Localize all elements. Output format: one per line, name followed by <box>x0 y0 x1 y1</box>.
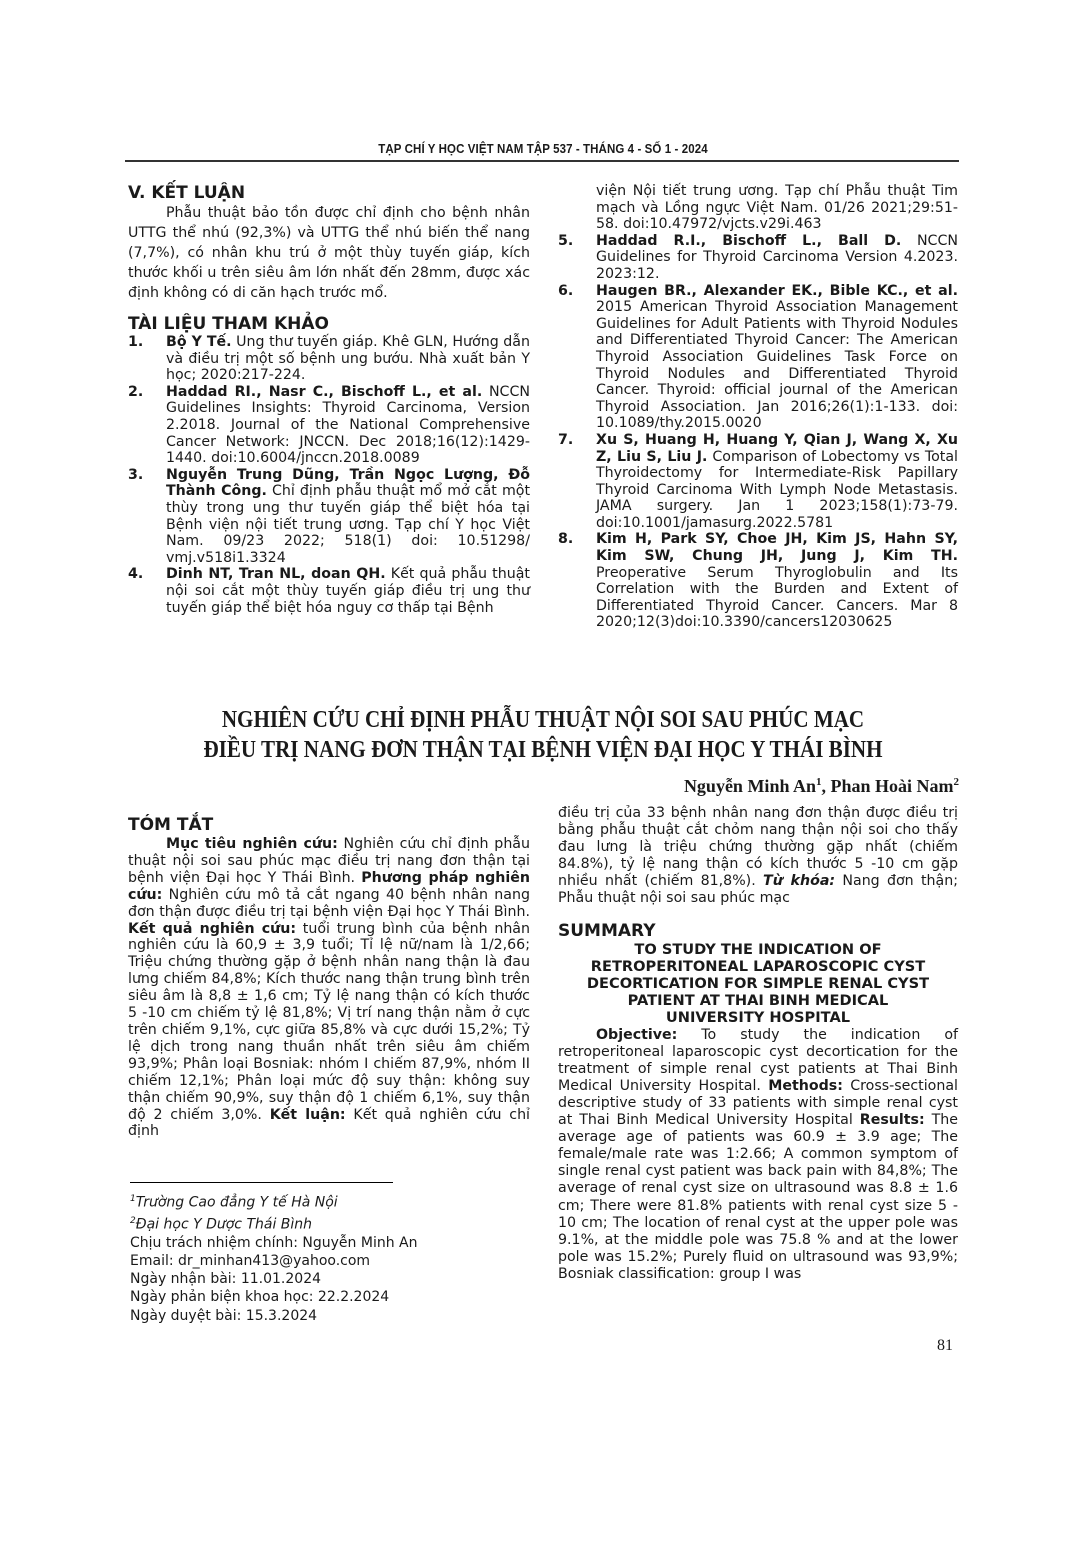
date-accepted: Ngày duyệt bài: 15.3.2024 <box>130 1307 418 1325</box>
header-rule <box>125 160 959 162</box>
reference-number: 2. <box>128 384 143 401</box>
results-text: The average age of patients was 60.9 ± 3… <box>558 1112 958 1282</box>
keywords-label: Từ khóa: <box>763 873 835 889</box>
reference-item: 8.Kim H, Park SY, Choe JH, Kim JS, Hahn … <box>558 531 958 631</box>
abstract-vi-column: TÓM TẮT Mục tiêu nghiên cứu: Nghiên cứu … <box>128 815 530 1140</box>
reference-authors: Haddad RI., Nasr C., Bischoff L., et al. <box>166 384 482 400</box>
references-heading: TÀI LIỆU THAM KHẢO <box>128 314 530 334</box>
reference-number: 1. <box>128 334 143 351</box>
reference-text: Preoperative Serum Thyroglobulin and Its… <box>596 565 958 631</box>
footnote-divider <box>130 1182 393 1183</box>
article-title-line-1: NGHIÊN CỨU CHỈ ĐỊNH PHẪU THUẬT NỘI SOI S… <box>185 705 901 735</box>
article-title-line-2: ĐIỀU TRỊ NANG ĐƠN THẬN TẠI BỆNH VIỆN ĐẠI… <box>185 735 901 765</box>
reference-authors: Bộ Y Tế. <box>166 334 232 350</box>
conclusion-label: Kết luận: <box>270 1107 346 1123</box>
reference-item: 7.Xu S, Huang H, Huang Y, Qian J, Wang X… <box>558 432 958 532</box>
summary-title-line: DECORTICATION FOR SIMPLE RENAL CYST <box>558 975 958 992</box>
reference-item: 4.Dinh NT, Tran NL, doan QH. Kết quả phẫ… <box>128 566 530 616</box>
methods-text: Nghiên cứu mô tả cắt ngang 40 bệnh nhân … <box>128 887 530 920</box>
page-number: 81 <box>937 1337 953 1355</box>
abstract-en-column: điều trị của 33 bệnh nhân nang đơn thận … <box>558 805 958 1283</box>
references-list-left: 1.Bộ Y Tế. Ung thư tuyến giáp. Khê GLN, … <box>128 334 530 616</box>
objective-label: Objective: <box>596 1027 677 1043</box>
author-affiliation-mark: 2 <box>954 776 960 788</box>
summary-title-line: TO STUDY THE INDICATION OF <box>558 941 958 958</box>
summary-title: TO STUDY THE INDICATION OF RETROPERITONE… <box>558 941 958 1027</box>
reference-authors: Haddad R.I., Bischoff L., Ball D. <box>596 233 901 249</box>
top-left-column: V. KẾT LUẬN Phẫu thuật bảo tồn được chỉ … <box>128 183 530 616</box>
reference-item: 2.Haddad RI., Nasr C., Bischoff L., et a… <box>128 384 530 467</box>
reference-number: 3. <box>128 467 143 484</box>
contact-email: Email: dr_minhan413@yahoo.com <box>130 1252 418 1270</box>
reference-number: 5. <box>558 233 573 250</box>
results-label: Kết quả nghiên cứu: <box>128 921 296 937</box>
references-list-right: viện Nội tiết trung ương. Tạp chí Phẫu t… <box>558 183 958 631</box>
summary-heading: SUMMARY <box>558 921 958 941</box>
footnotes: 1Trường Cao đẳng Y tế Hà Nội 2Đại học Y … <box>130 1190 418 1325</box>
journal-page: TẠP CHÍ Y HỌC VIỆT NAM TẬP 537 - THÁNG 4… <box>0 0 1090 1541</box>
summary-title-line: RETROPERITONEAL LAPAROSCOPIC CYST <box>558 958 958 975</box>
reference-text: 2015 American Thyroid Association Manage… <box>596 299 958 431</box>
results-label: Results: <box>860 1112 925 1128</box>
affiliation-1: 1Trường Cao đẳng Y tế Hà Nội <box>130 1190 418 1212</box>
reference-item: 1.Bộ Y Tế. Ung thư tuyến giáp. Khê GLN, … <box>128 334 530 384</box>
date-reviewed: Ngày phản biện khoa học: 22.2.2024 <box>130 1288 418 1306</box>
affiliation-text: Đại học Y Dược Thái Bình <box>136 1217 312 1233</box>
summary-text: Objective: To study the indication of re… <box>558 1027 958 1283</box>
reference-authors: Haugen BR., Alexander EK., Bible KC., et… <box>596 283 958 299</box>
objective-label: Mục tiêu nghiên cứu: <box>166 836 338 852</box>
results-text: tuổi trung bình của bệnh nhân nghiên cứu… <box>128 921 530 1123</box>
reference-authors: Kim H, Park SY, Choe JH, Kim JS, Hahn SY… <box>596 531 958 564</box>
affiliation-text: Trường Cao đẳng Y tế Hà Nội <box>136 1195 338 1211</box>
reference-number: 7. <box>558 432 573 449</box>
methods-label: Methods: <box>768 1078 843 1094</box>
reference-item-continued: viện Nội tiết trung ương. Tạp chí Phẫu t… <box>558 183 958 233</box>
reference-number: 4. <box>128 566 143 583</box>
reference-item: 5.Haddad R.I., Bischoff L., Ball D. NCCN… <box>558 233 958 283</box>
article-title: NGHIÊN CỨU CHỈ ĐỊNH PHẪU THUẬT NỘI SOI S… <box>185 705 901 765</box>
abstract-heading: TÓM TẮT <box>128 815 530 835</box>
summary-title-line: PATIENT AT THAI BINH MEDICAL <box>558 992 958 1009</box>
conclusion-text: Phẫu thuật bảo tồn được chỉ định cho bện… <box>128 203 530 303</box>
article-authors: Nguyễn Minh An1, Phan Hoài Nam2 <box>684 776 959 797</box>
reference-item: 3.Nguyễn Trung Dũng, Trần Ngọc Lượng, Đỗ… <box>128 467 530 567</box>
reference-authors: Dinh NT, Tran NL, doan QH. <box>166 566 386 582</box>
summary-title-line: UNIVERSITY HOSPITAL <box>558 1009 958 1026</box>
abstract-vi-text: Mục tiêu nghiên cứu: Nghiên cứu chỉ định… <box>128 836 530 1140</box>
reference-text: viện Nội tiết trung ương. Tạp chí Phẫu t… <box>596 183 958 232</box>
reference-number: 8. <box>558 531 573 548</box>
date-received: Ngày nhận bài: 11.01.2024 <box>130 1270 418 1288</box>
reference-item: 6.Haugen BR., Alexander EK., Bible KC., … <box>558 283 958 432</box>
affiliation-2: 2Đại học Y Dược Thái Bình <box>130 1212 418 1234</box>
corresponding-author: Chịu trách nhiệm chính: Nguyễn Minh An <box>130 1234 418 1252</box>
abstract-vi-continued: điều trị của 33 bệnh nhân nang đơn thận … <box>558 805 958 908</box>
top-right-column: viện Nội tiết trung ương. Tạp chí Phẫu t… <box>558 183 958 631</box>
conclusion-heading: V. KẾT LUẬN <box>128 183 530 203</box>
reference-number: 6. <box>558 283 573 300</box>
author-name: Nguyễn Minh An <box>684 776 816 796</box>
author-name: Phan Hoài Nam <box>830 776 953 796</box>
running-title: TẠP CHÍ Y HỌC VIỆT NAM TẬP 537 - THÁNG 4… <box>160 142 925 156</box>
